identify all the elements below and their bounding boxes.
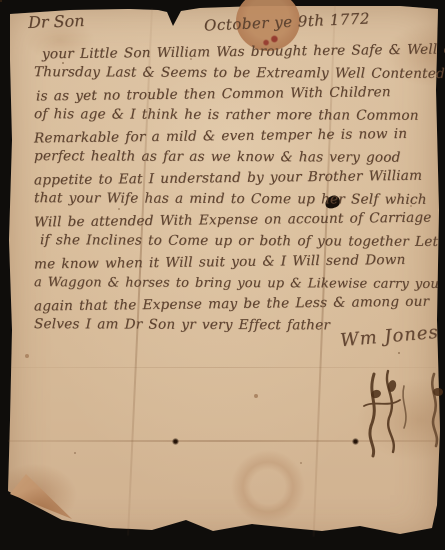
ink-scribbles [352,368,444,464]
paper-specks [0,0,2,2]
letter-body: your Little Son William Was brought here… [34,42,438,336]
salutation: Dr Son [28,11,85,32]
crease-wear-hole [172,438,179,445]
letter-photo: Dr Son October ye 9th 1772 your Little S… [0,0,445,550]
